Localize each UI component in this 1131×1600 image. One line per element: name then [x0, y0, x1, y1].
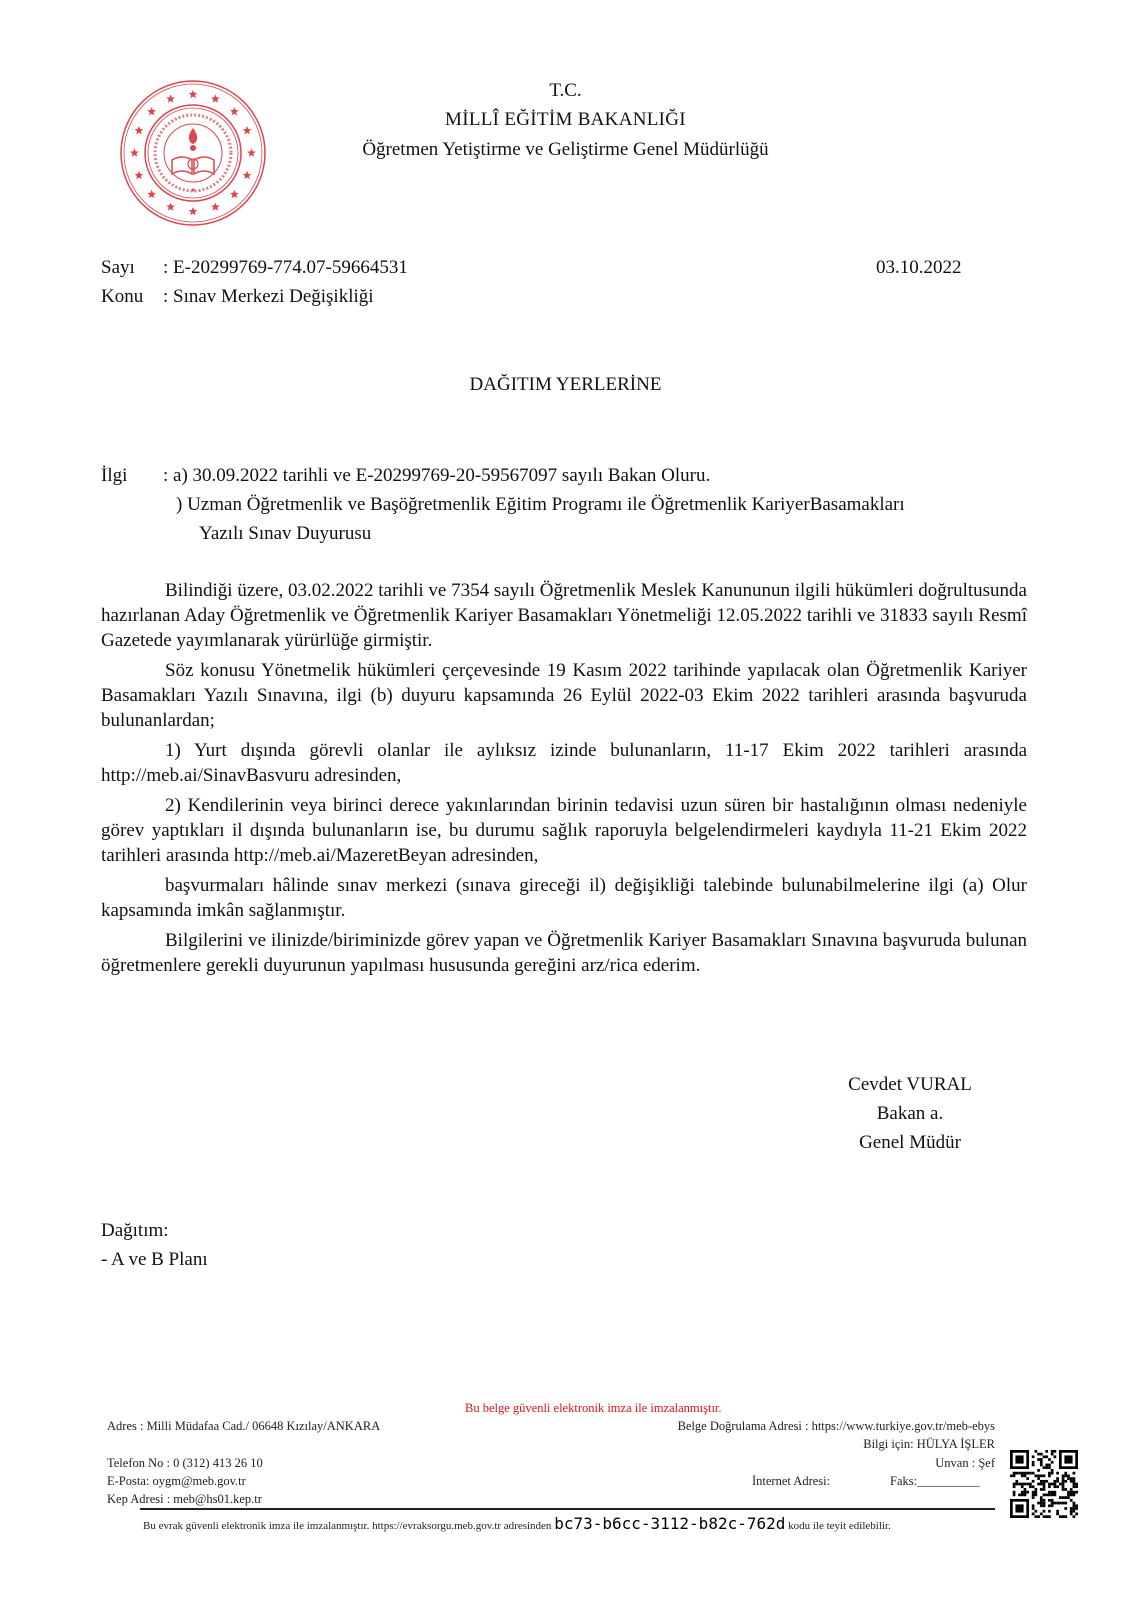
reference-b-line-1: ) Uzman Öğretmenlik ve Başöğretmenlik Eğ…	[176, 494, 905, 515]
reference-label: İlgi	[101, 461, 163, 490]
body-paragraph: 1) Yurt dışında görevli olanlar ile aylı…	[101, 738, 1027, 788]
addressee-heading: DAĞITIM YERLERİNE	[0, 374, 1131, 396]
distribution-item: - A ve B Planı	[101, 1245, 208, 1274]
contact-title: Unvan : Şef	[935, 1456, 995, 1471]
footer-divider	[140, 1508, 995, 1510]
footer-kep: Kep Adresi : meb@hs01.kep.tr	[107, 1492, 262, 1507]
body-paragraph: 2) Kendilerinin veya birinci derece yakı…	[101, 793, 1027, 868]
body-paragraph: Söz konusu Yönetmelik hükümleri çerçeves…	[101, 658, 1027, 733]
footer-phone: Telefon No : 0 (312) 413 26 10	[107, 1456, 263, 1471]
header-line-1: T.C.	[549, 80, 581, 102]
header-directorate: Öğretmen Yetiştirme ve Geliştirme Genel …	[0, 139, 1131, 161]
reference-b-line-2: Yazılı Sınav Duyurusu	[199, 523, 371, 544]
header-tc: T.C.	[0, 80, 1131, 102]
reference-a: İlgi: a) 30.09.2022 tarihli ve E-2029976…	[101, 461, 905, 490]
reference-block: İlgi: a) 30.09.2022 tarihli ve E-2029976…	[101, 461, 905, 548]
reference-b: ) Uzman Öğretmenlik ve Başöğretmenlik Eğ…	[101, 490, 905, 519]
header-line-2: MİLLÎ EĞİTİM BAKANLIĞI	[445, 109, 686, 131]
verification-address: Belge Doğrulama Adresi : https://www.tur…	[678, 1419, 995, 1434]
document-date: 03.10.2022	[876, 257, 962, 279]
footer-address: Adres : Milli Müdafaa Cad./ 06648 Kızıla…	[107, 1419, 380, 1434]
distribution-label: Dağıtım:	[101, 1216, 208, 1245]
body-paragraph: Bilgilerini ve ilinizde/biriminizde göre…	[101, 928, 1027, 978]
body-paragraph: başvurmaları hâlinde sınav merkezi (sına…	[101, 873, 1027, 923]
footer-fax: Faks:__________	[890, 1474, 980, 1489]
sayi-row: Sayı: E-20299769-774.07-59664531	[101, 257, 408, 279]
signer-title: Genel Müdür	[800, 1128, 1020, 1157]
konu-row: Konu: Sınav Merkezi Değişikliği	[101, 286, 374, 308]
sayi-value: : E-20299769-774.07-59664531	[163, 257, 408, 278]
distribution-block: Dağıtım: - A ve B Planı	[101, 1216, 208, 1274]
signer-name: Cevdet VURAL	[800, 1070, 1020, 1099]
header-line-3: Öğretmen Yetiştirme ve Geliştirme Genel …	[362, 139, 768, 161]
signer-on-behalf: Bakan a.	[800, 1099, 1020, 1128]
footer-email: E-Posta: oygm@meb.gov.tr	[107, 1474, 246, 1489]
reference-a-text: : a) 30.09.2022 tarihli ve E-20299769-20…	[163, 465, 710, 486]
qr-code	[1010, 1450, 1078, 1518]
konu-label: Konu	[101, 286, 163, 308]
contact-person: Bilgi için: HÜLYA İŞLER	[863, 1437, 995, 1452]
header-ministry: MİLLÎ EĞİTİM BAKANLIĞI	[0, 109, 1131, 131]
verification-line: Bu evrak güvenli elektronik imza ile imz…	[143, 1514, 891, 1533]
verification-prefix: Bu evrak güvenli elektronik imza ile imz…	[143, 1520, 551, 1532]
esign-notice: Bu belge güvenli elektronik imza ile imz…	[465, 1401, 722, 1416]
reference-b-cont: Yazılı Sınav Duyurusu	[101, 519, 905, 548]
konu-value: : Sınav Merkezi Değişikliği	[163, 286, 374, 307]
sayi-label: Sayı	[101, 257, 163, 279]
signature-block: Cevdet VURAL Bakan a. Genel Müdür	[800, 1070, 1020, 1157]
verification-code: bc73-b6cc-3112-b82c-762d	[554, 1514, 785, 1533]
verification-suffix: kodu ile teyit edilebilir.	[788, 1520, 891, 1532]
letter-body: Bilindiği üzere, 03.02.2022 tarihli ve 7…	[101, 578, 1027, 983]
body-paragraph: Bilindiği üzere, 03.02.2022 tarihli ve 7…	[101, 578, 1027, 653]
footer-internet: İnternet Adresi:	[752, 1474, 830, 1489]
qr-code-icon	[1010, 1450, 1078, 1518]
